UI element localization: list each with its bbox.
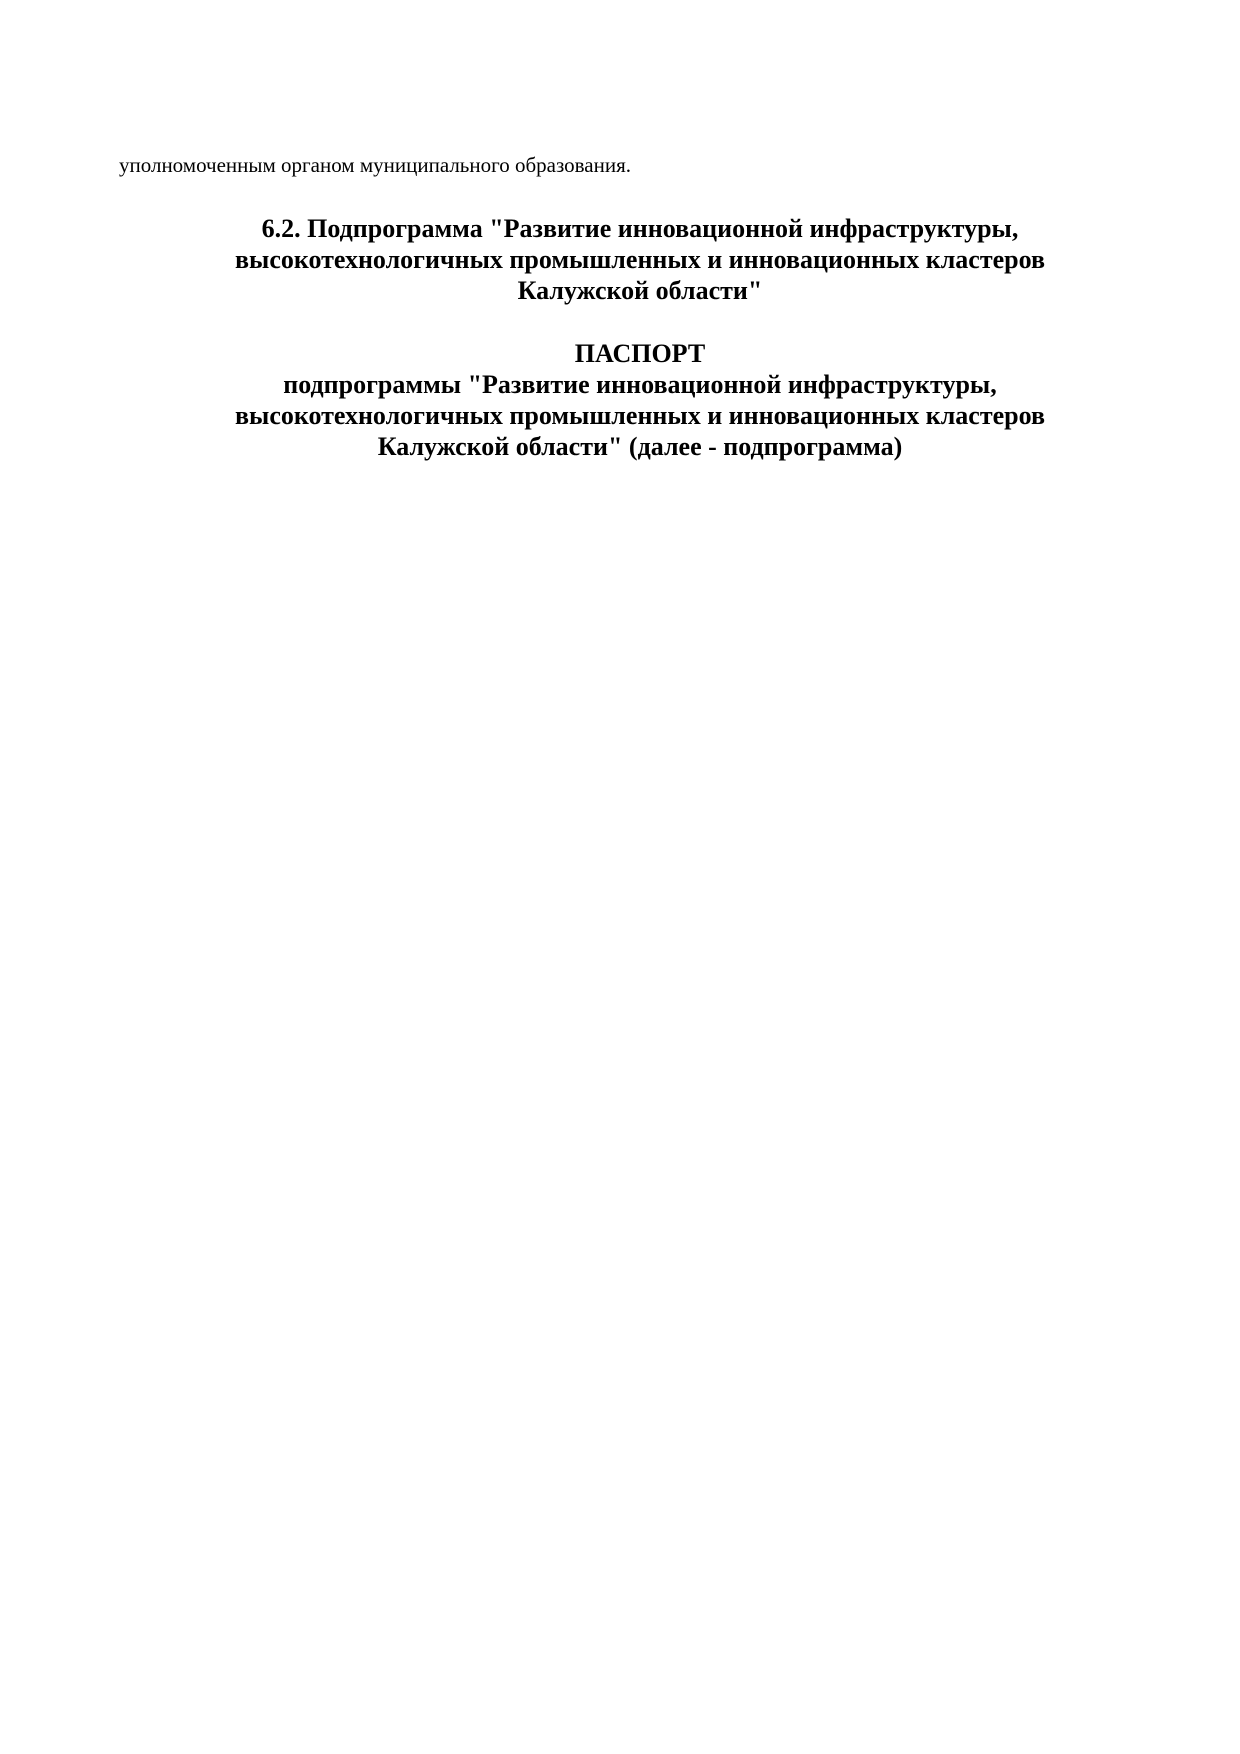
- passport-subtitle-line: высокотехнологичных промышленных и иннов…: [120, 400, 1160, 431]
- section-heading-line: 6.2. Подпрограмма "Развитие инновационно…: [120, 213, 1160, 244]
- section-heading: 6.2. Подпрограмма "Развитие инновационно…: [120, 213, 1160, 306]
- passport-title: ПАСПОРТ: [120, 338, 1160, 369]
- section-heading-line: высокотехнологичных промышленных и иннов…: [120, 244, 1160, 275]
- passport-heading: ПАСПОРТ подпрограммы "Развитие инновацио…: [120, 338, 1160, 462]
- continuation-paragraph: уполномоченным органом муниципального об…: [119, 152, 631, 178]
- section-heading-line: Калужской области": [120, 275, 1160, 306]
- passport-subtitle-line: Калужской области" (далее - подпрограмма…: [120, 431, 1160, 462]
- passport-subtitle-line: подпрограммы "Развитие инновационной инф…: [120, 369, 1160, 400]
- document-page: уполномоченным органом муниципального об…: [0, 0, 1240, 1754]
